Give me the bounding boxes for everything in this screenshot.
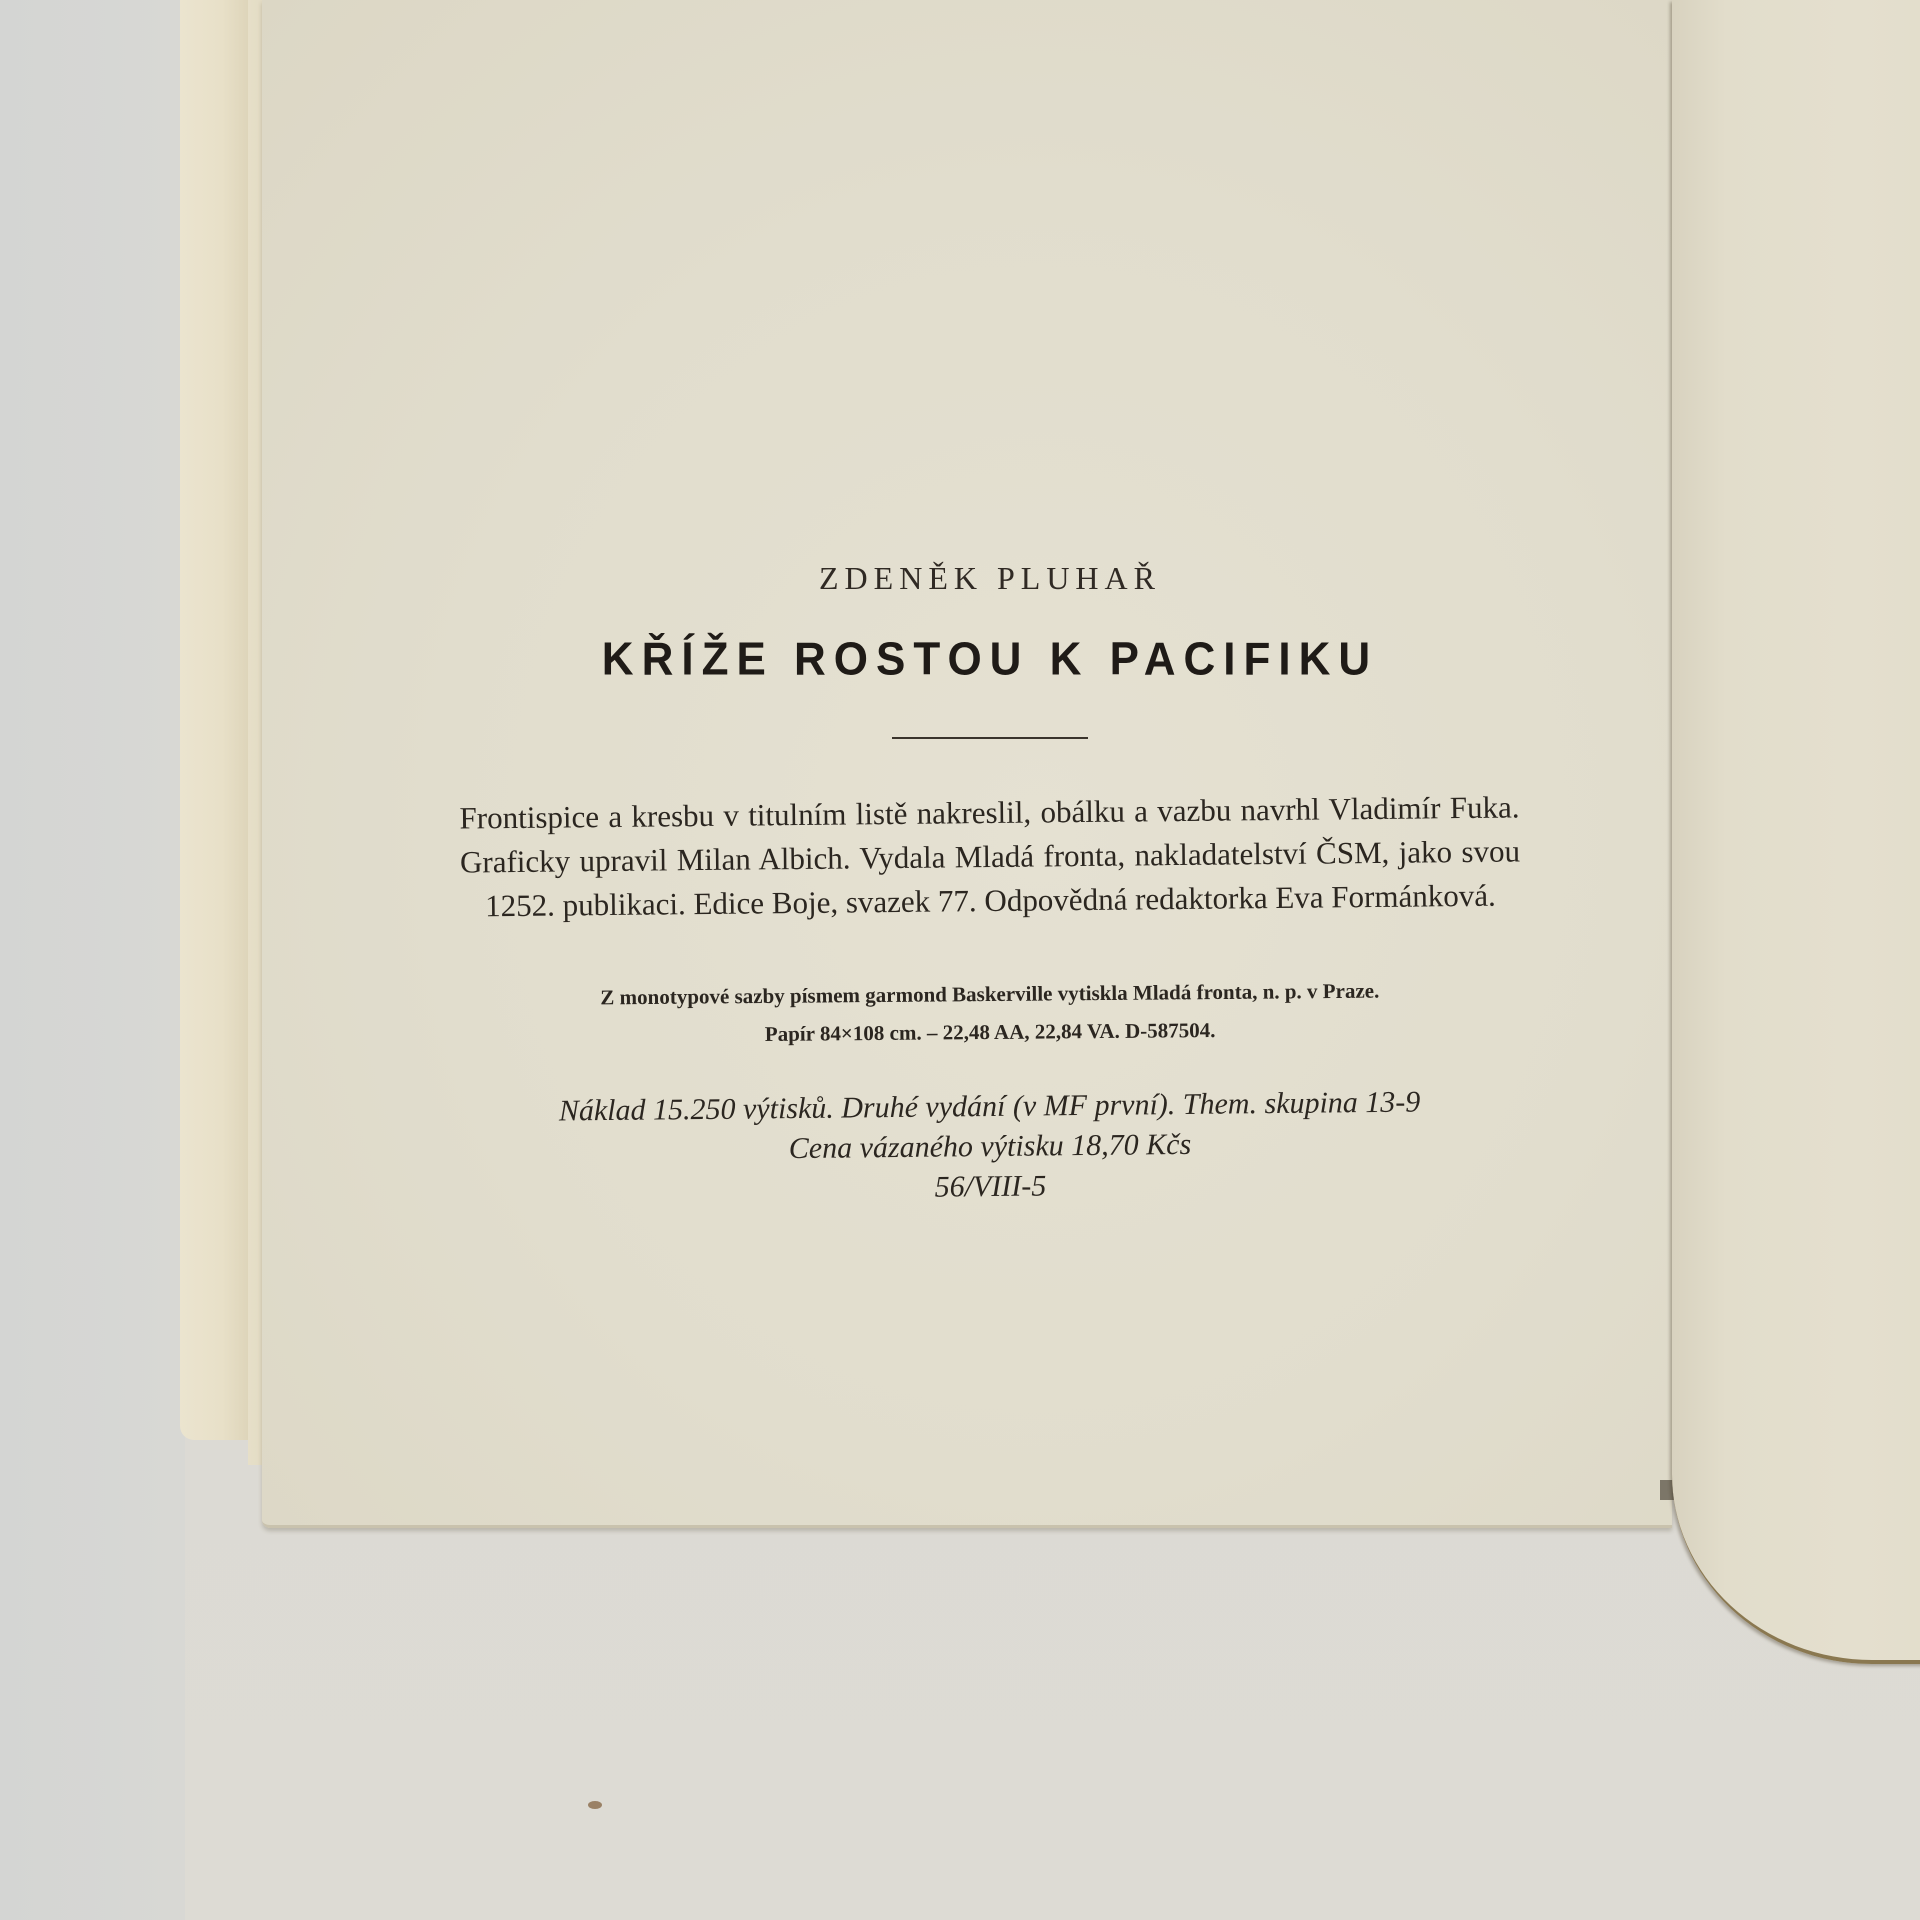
author-name: ZDENĚK PLUHAŘ xyxy=(460,560,1520,597)
edition-info: Náklad 15.250 výtisků. Druhé vydání (v M… xyxy=(459,1081,1520,1212)
title-divider xyxy=(892,737,1088,739)
book-cover-edge xyxy=(180,0,250,1440)
background-surface xyxy=(0,0,185,1920)
dust-speck xyxy=(588,1801,602,1809)
colophon-content: ZDENĚK PLUHAŘ KŘÍŽE ROSTOU K PACIFIKU Fr… xyxy=(460,560,1520,1207)
book-title: KŘÍŽE ROSTOU K PACIFIKU xyxy=(460,634,1520,687)
credits-paragraph: Frontispice a kresbu v titulním listě na… xyxy=(459,785,1520,928)
facing-page-curl xyxy=(1672,0,1920,1664)
print-info: Z monotypové sazby písmem garmond Basker… xyxy=(460,970,1521,1055)
